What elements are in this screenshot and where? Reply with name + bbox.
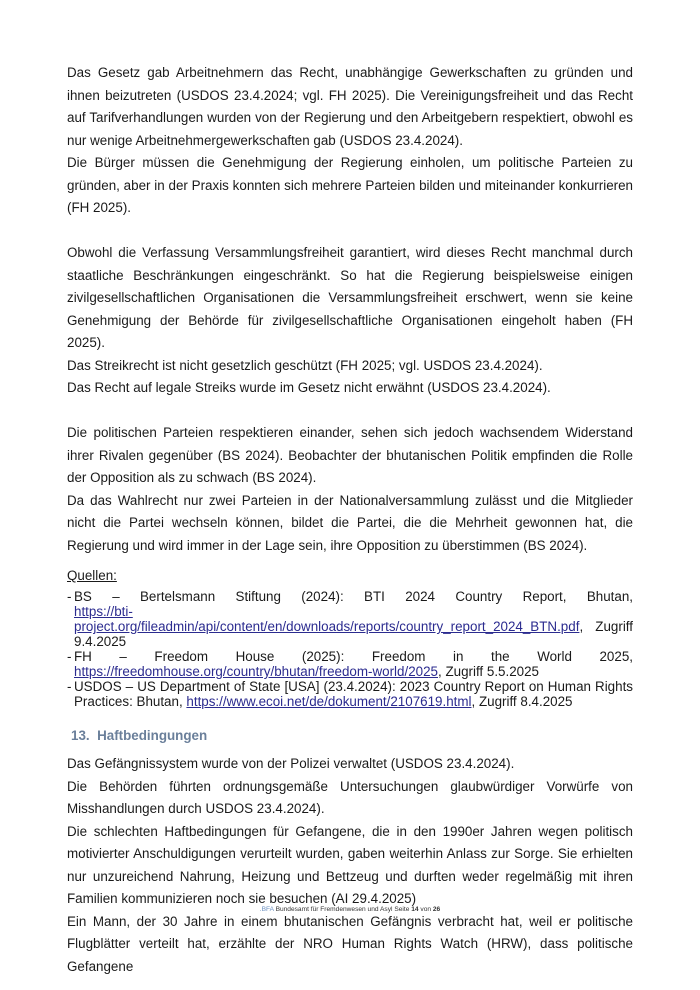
paragraph: Ein Mann, der 30 Jahre in einem bhutanis… <box>67 911 633 979</box>
section-number: 13. <box>71 728 90 743</box>
paragraph: Das Streikrecht ist nicht gesetzlich ges… <box>67 355 633 378</box>
list-dash: - <box>67 679 71 694</box>
source-item: - FH – Freedom House (2025): Freedom in … <box>67 649 633 679</box>
source-access-date: , Zugriff 5.5.2025 <box>438 664 539 679</box>
page-footer: .BFA Bundesamt für Fremdenwesen und Asyl… <box>0 906 700 913</box>
source-item: - USDOS – US Department of State [USA] (… <box>67 679 633 709</box>
source-text: FH – Freedom House (2025): Freedom in th… <box>67 649 633 664</box>
paragraph: Obwohl die Verfassung Versammlungsfreihe… <box>67 242 633 355</box>
paragraph: Die Bürger müssen die Genehmigung der Re… <box>67 152 633 220</box>
footer-org: Bundesamt für Fremdenwesen und Asyl <box>276 906 393 913</box>
source-item: - BS – Bertelsmann Stiftung (2024): BTI … <box>67 589 633 649</box>
list-dash: - <box>67 589 71 604</box>
source-access-date: , Zugriff 8.4.2025 <box>472 694 573 709</box>
footer-page-total: 26 <box>433 906 440 913</box>
paragraph: Das Gefängnissystem wurde von der Polize… <box>67 753 633 776</box>
section-heading: 13. Haftbedingungen <box>71 727 633 745</box>
footer-page-current: 14 <box>411 906 418 913</box>
paragraph: Das Recht auf legale Streiks wurde im Ge… <box>67 377 633 400</box>
source-link[interactable]: https://www.ecoi.net/de/dokument/2107619… <box>186 694 471 709</box>
sources-title: Quellen: <box>67 567 633 585</box>
source-text: BS – Bertelsmann Stiftung (2024): BTI 20… <box>67 589 633 604</box>
bfa-logo: .BFA <box>260 906 274 913</box>
source-link[interactable]: https://freedomhouse.org/country/bhutan/… <box>74 664 438 679</box>
document-page: Das Gesetz gab Arbeitnehmern das Recht, … <box>67 62 633 978</box>
paragraph: Die politischen Parteien respektieren ei… <box>67 422 633 490</box>
paragraph: Die Behörden führten ordnungsgemäße Unte… <box>67 776 633 821</box>
footer-page-of: von <box>420 906 431 913</box>
source-link[interactable]: https://bti-project.org/fileadmin/api/co… <box>74 604 579 634</box>
footer-page-label: Seite <box>394 906 409 913</box>
paragraph: Da das Wahlrecht nur zwei Parteien in de… <box>67 490 633 558</box>
paragraph: Das Gesetz gab Arbeitnehmern das Recht, … <box>67 62 633 152</box>
section-title: Haftbedingungen <box>97 728 207 743</box>
sources-list: - BS – Bertelsmann Stiftung (2024): BTI … <box>67 589 633 709</box>
paragraph: Die schlechten Haftbedingungen für Gefan… <box>67 821 633 911</box>
list-dash: - <box>67 649 71 664</box>
